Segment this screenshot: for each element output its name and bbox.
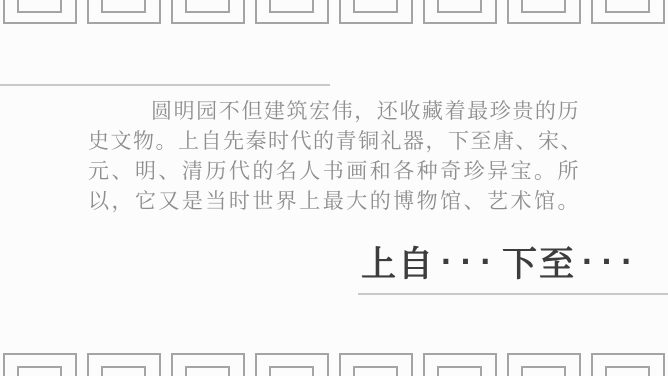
lattice-motif xyxy=(591,353,665,376)
lattice-motif xyxy=(171,0,245,24)
paragraph-line-1: 圆明园不但建筑宏伟，还收藏着最珍贵的历 xyxy=(88,96,580,126)
ellipsis-dots: ··· xyxy=(441,242,500,282)
ellipsis-dots: ··· xyxy=(582,242,641,282)
lattice-motif xyxy=(423,353,497,376)
lattice-motif xyxy=(591,0,665,24)
highlight-phrase: 上自 ··· 下至 ··· xyxy=(361,240,643,284)
highlight-suffix: 下至 xyxy=(502,237,576,287)
lattice-motif xyxy=(87,0,161,24)
presentation-slide: 圆明园不但建筑宏伟，还收藏着最珍贵的历 史文物。上自先秦时代的青铜礼器，下至唐、… xyxy=(0,0,668,376)
lattice-motif xyxy=(507,0,581,24)
paragraph-line-3: 元、明、清历代的名人书画和各种奇珍异宝。所 xyxy=(88,156,580,186)
highlight-prefix: 上自 xyxy=(361,237,435,287)
paragraph-line-2: 史文物。上自先秦时代的青铜礼器，下至唐、宋、 xyxy=(88,126,580,156)
lattice-motif xyxy=(255,353,329,376)
accent-rule-bottom-right xyxy=(358,293,668,295)
lattice-motif xyxy=(423,0,497,24)
lattice-motif xyxy=(339,353,413,376)
lattice-motif xyxy=(507,353,581,376)
body-paragraph: 圆明园不但建筑宏伟，还收藏着最珍贵的历 史文物。上自先秦时代的青铜礼器，下至唐、… xyxy=(88,96,580,216)
lattice-motif xyxy=(171,353,245,376)
top-lattice-border xyxy=(0,0,668,24)
lattice-motif xyxy=(87,353,161,376)
lattice-motif xyxy=(3,0,77,24)
accent-rule-top-left xyxy=(0,84,330,86)
paragraph-line-4: 以，它又是当时世界上最大的博物馆、艺术馆。 xyxy=(88,186,580,216)
lattice-motif xyxy=(255,0,329,24)
bottom-lattice-border xyxy=(0,353,668,376)
lattice-motif xyxy=(3,353,77,376)
lattice-motif xyxy=(339,0,413,24)
